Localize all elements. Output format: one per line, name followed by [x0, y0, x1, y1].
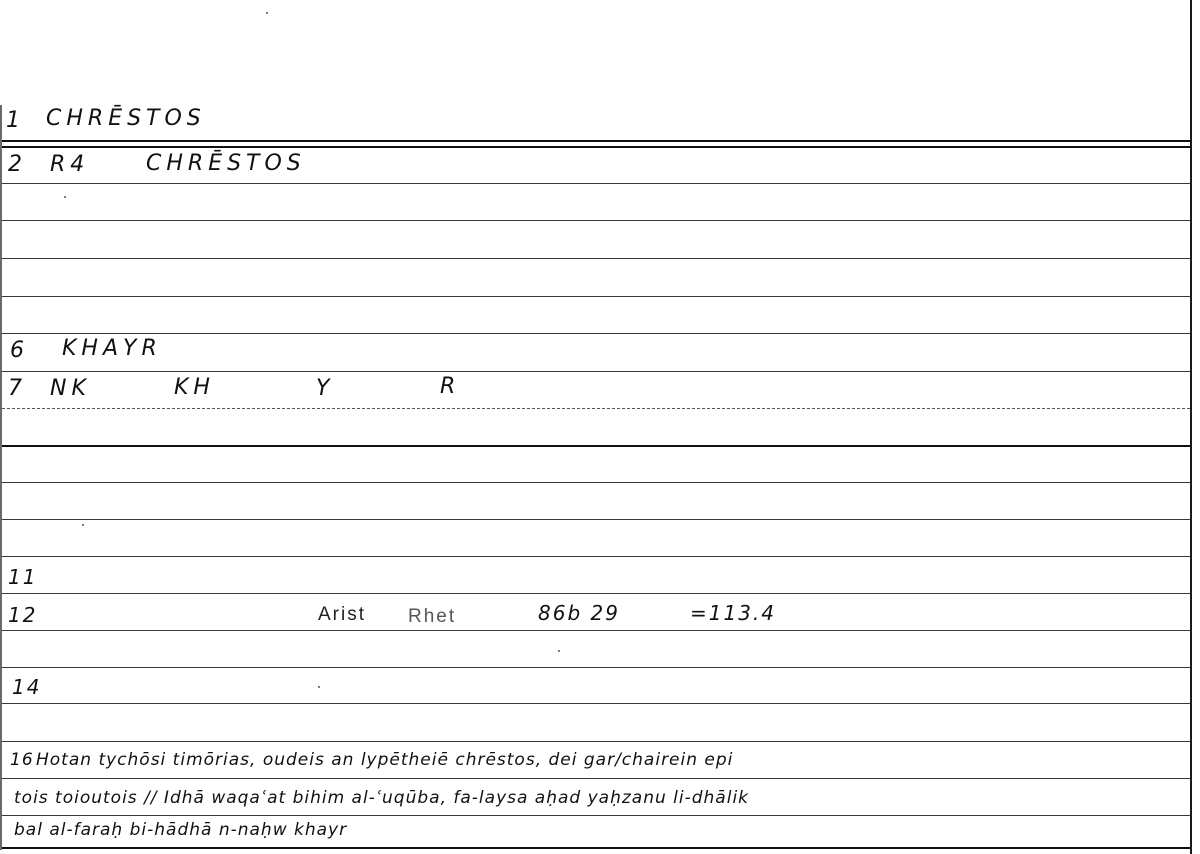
rule-line — [2, 482, 1190, 483]
scan-speck — [318, 686, 320, 688]
scan-speck — [82, 524, 84, 526]
rule-line — [2, 815, 1190, 816]
handwritten-entry: KHAYR — [62, 336, 162, 361]
rule-line — [2, 445, 1190, 447]
rule-line — [2, 556, 1190, 557]
row-number: 14 — [12, 675, 41, 699]
index-card: 1 CHRĒSTOS 2 R4 CHRĒSTOS 6 KHAYR 7 NK KH… — [0, 0, 1200, 854]
rule-line — [2, 258, 1190, 259]
rule-line — [2, 741, 1190, 742]
row-number: 1 — [6, 108, 25, 133]
row-number: 7 — [8, 376, 27, 401]
handwritten-entry: Y — [316, 376, 334, 401]
rule-line — [2, 703, 1190, 704]
row-number: 12 — [8, 603, 37, 627]
rule-line — [2, 140, 1190, 142]
card-left-edge — [0, 105, 2, 850]
rule-line — [2, 630, 1190, 631]
handwritten-value: =113.4 — [690, 601, 776, 625]
rule-line-dotted — [2, 408, 1190, 409]
rule-line — [2, 593, 1190, 594]
typed-reference-author: Arist — [318, 604, 366, 626]
scan-speck — [558, 650, 560, 652]
rule-line — [2, 146, 1190, 148]
rule-line — [2, 296, 1190, 297]
rule-line — [2, 519, 1190, 520]
handwritten-quote-line-2: tois toioutois // Idhā waqaʿat bihim al-… — [14, 788, 749, 808]
handwritten-entry: R4 — [50, 152, 89, 177]
rule-line — [2, 183, 1190, 184]
handwritten-quote-line-1: Hotan tychōsi timōrias, oudeis an lypēth… — [36, 750, 733, 770]
scan-speck — [64, 196, 66, 198]
rule-line — [2, 778, 1190, 779]
typed-reference-work: Rhet — [408, 606, 456, 628]
scan-speck — [266, 12, 268, 14]
rule-line — [2, 333, 1190, 334]
rule-line — [2, 667, 1190, 668]
rule-line — [2, 847, 1190, 849]
card-right-edge — [1190, 0, 1192, 854]
row-number: 11 — [8, 565, 37, 589]
handwritten-entry: NK — [50, 376, 91, 401]
handwritten-reference: 86b 29 — [538, 601, 620, 625]
rule-line — [2, 371, 1190, 372]
handwritten-entry: CHRĒSTOS — [146, 151, 306, 176]
handwritten-entry: CHRĒSTOS — [46, 106, 206, 131]
row-number: 6 — [10, 338, 29, 363]
row-number: 16 — [10, 750, 34, 770]
handwritten-entry: R — [440, 374, 460, 399]
handwritten-quote-line-3: bal al-faraḥ bi-hādhā n-naḥw khayr — [14, 820, 347, 840]
handwritten-entry: KH — [174, 375, 215, 400]
rule-line — [2, 220, 1190, 221]
row-number: 2 — [8, 152, 27, 177]
